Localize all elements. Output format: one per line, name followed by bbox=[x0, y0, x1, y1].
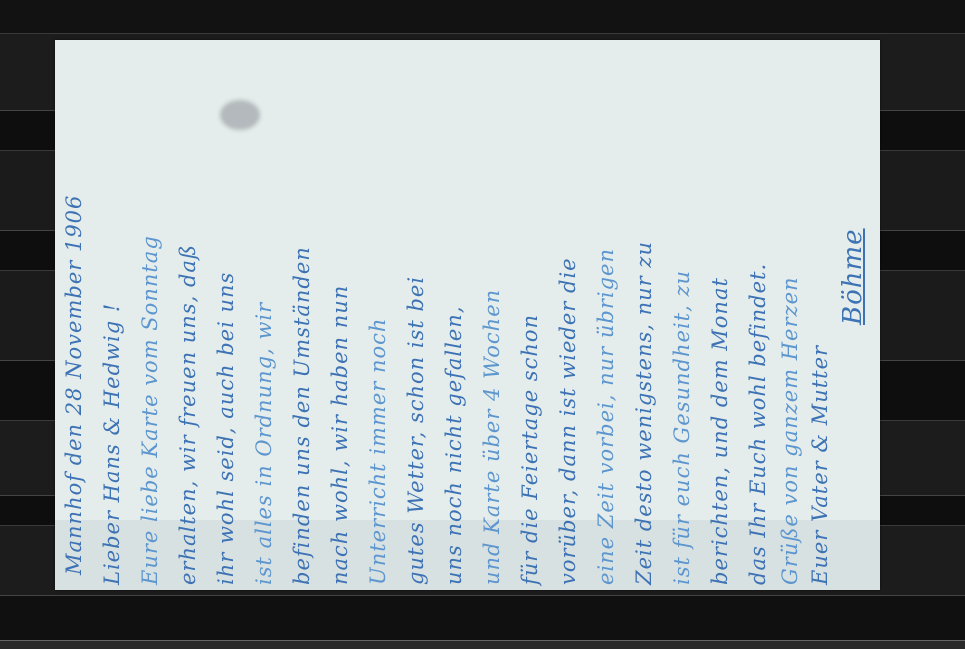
letter-line: Euer Vater & Mutter bbox=[808, 345, 832, 585]
letter-line: eine Zeit vorbei, nur übrigen bbox=[594, 248, 618, 585]
letter-line: Grüße von ganzem Herzen bbox=[778, 276, 802, 585]
letter-line: ist alles in Ordnung, wir bbox=[252, 302, 276, 585]
letter-line: berichten, und dem Monat bbox=[708, 277, 732, 585]
handwritten-text: Mannhof den 28 November 1906 Lieber Hans… bbox=[62, 45, 872, 585]
letter-line: erhalten, wir freuen uns, daß bbox=[176, 244, 200, 585]
letter-line: Unterricht immer noch bbox=[366, 318, 390, 585]
letter-line: Eure liebe Karte vom Sonntag bbox=[138, 235, 162, 585]
stock-strip bbox=[0, 640, 965, 649]
stock-strip bbox=[0, 0, 965, 33]
letter-line: ihr wohl seid, auch bei uns bbox=[214, 272, 238, 585]
letter-line: uns noch nicht gefallen, bbox=[442, 306, 466, 586]
dateline: Mannhof den 28 November 1906 bbox=[62, 195, 86, 575]
letter-line: Lieber Hans & Hedwig ! bbox=[100, 303, 124, 585]
letter-line: vorüber, dann ist wieder die bbox=[556, 257, 580, 585]
letter-line: das Ihr Euch wohl befindet. bbox=[746, 263, 770, 585]
letter-line: und Karte über 4 Wochen bbox=[480, 289, 504, 585]
postcard: Mannhof den 28 November 1906 Lieber Hans… bbox=[55, 40, 880, 590]
letter-line: befinden uns den Umständen bbox=[290, 246, 314, 585]
stock-strip bbox=[0, 595, 965, 641]
letter-line: gutes Wetter, schon ist bei bbox=[404, 276, 428, 585]
letter-line: ist für euch Gesundheit, zu bbox=[670, 270, 694, 585]
letter-line: für die Feiertage schon bbox=[518, 314, 542, 585]
signature: Böhme bbox=[838, 228, 868, 325]
letter-line: nach wohl, wir haben nun bbox=[328, 285, 352, 585]
letter-line: Zeit desto wenigstens, nur zu bbox=[632, 241, 656, 585]
